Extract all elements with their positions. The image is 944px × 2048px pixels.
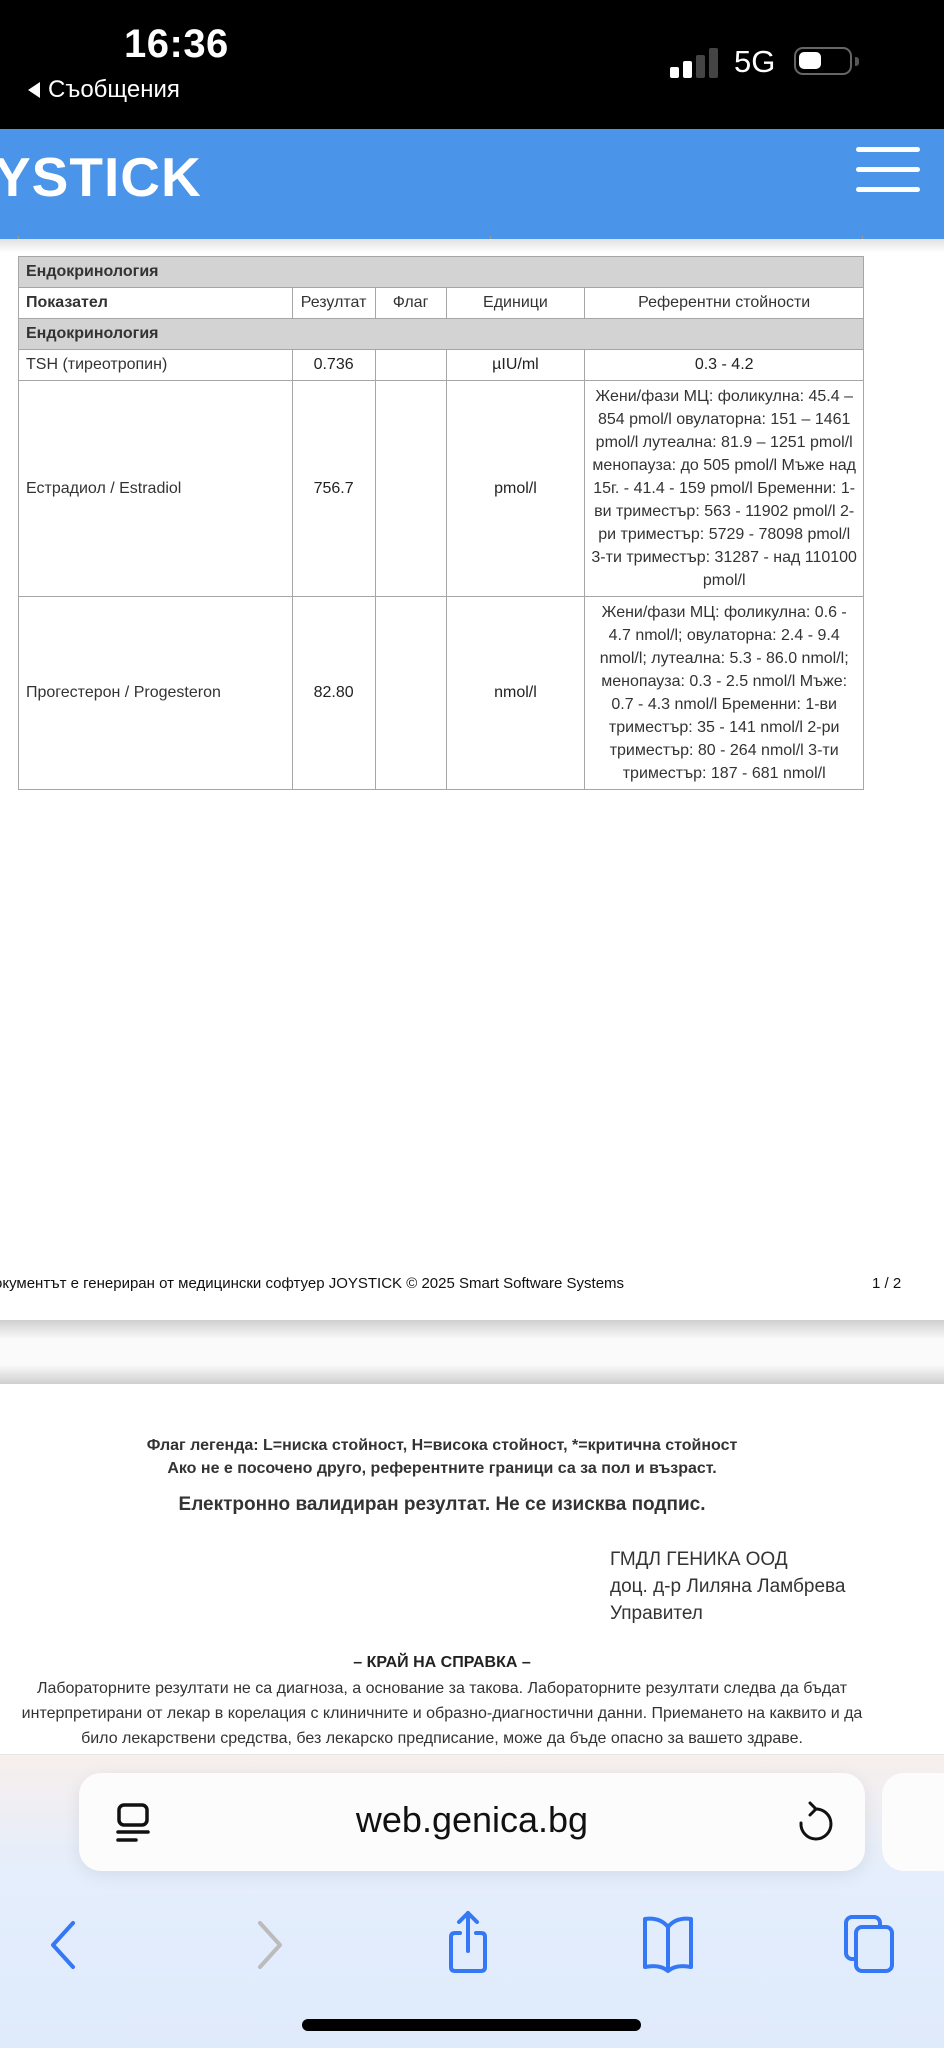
lab-name: ГМДЛ ГЕНИКА ООД (610, 1546, 846, 1573)
row-flag (375, 381, 446, 597)
forward-icon[interactable] (234, 1907, 304, 1977)
tabs-icon[interactable] (835, 1907, 905, 1977)
signature-block: ГМДЛ ГЕНИКА ООД доц. д-р Лиляна Ламбрева… (610, 1546, 846, 1627)
section-header-row: Ендокринология (19, 257, 864, 288)
row-flag (375, 597, 446, 790)
disclaimer-text: Лабораторните резултати не са диагноза, … (10, 1676, 874, 1751)
row-units: nmol/l (446, 597, 585, 790)
page-break (0, 1320, 944, 1384)
clock: 16:36 (124, 22, 229, 67)
row-name: Естрадиол / Estradiol (19, 381, 293, 597)
row-units: pmol/l (446, 381, 585, 597)
row-units: µIU/ml (446, 350, 585, 381)
table-row: Прогестерон / Progesteron 82.80 nmol/l Ж… (19, 597, 864, 790)
hamburger-icon[interactable] (856, 147, 920, 195)
next-tab-preview[interactable] (882, 1773, 944, 1871)
network-type: 5G (734, 44, 775, 80)
row-reference: Жени/фази МЦ: фоликулна: 45.4 – 854 pmol… (585, 381, 864, 597)
back-icon[interactable] (27, 1907, 97, 1977)
col-indicator: Показател (19, 288, 293, 319)
app-header: YSTICK (0, 129, 944, 239)
row-result: 756.7 (292, 381, 375, 597)
battery-icon (794, 47, 852, 75)
back-triangle-icon (28, 82, 40, 98)
col-units: Единици (446, 288, 585, 319)
row-result: 0.736 (292, 350, 375, 381)
group-title: Ендокринология (19, 319, 864, 350)
back-to-app-link[interactable]: Съобщения (28, 76, 180, 104)
table-row: Естрадиол / Estradiol 756.7 pmol/l Жени/… (19, 381, 864, 597)
back-app-label: Съобщения (48, 76, 180, 104)
row-reference: 0.3 - 4.2 (585, 350, 864, 381)
col-flag: Флаг (375, 288, 446, 319)
bookmarks-icon[interactable] (633, 1907, 703, 1977)
legend-line-1: Флаг легенда: L=ниска стойност, H=висока… (0, 1434, 884, 1457)
section-title: Ендокринология (19, 257, 864, 288)
end-of-report-title: – КРАЙ НА СПРАВКА – (0, 1654, 884, 1672)
group-header-row: Ендокринология (19, 319, 864, 350)
signal-icon (670, 48, 718, 78)
signer-role: Управител (610, 1600, 846, 1627)
status-bar: 16:36 Съобщения 5G (0, 0, 944, 129)
validation-note: Електронно валидиран резултат. Не се изи… (0, 1494, 884, 1516)
flag-legend: Флаг легенда: L=ниска стойност, H=висока… (0, 1434, 884, 1480)
row-result: 82.80 (292, 597, 375, 790)
browser-toolbar: web.genica.bg (0, 1754, 944, 2048)
row-name: TSH (тиреотропин) (19, 350, 293, 381)
reload-icon[interactable] (793, 1801, 833, 1845)
brand-logo[interactable]: YSTICK (0, 145, 202, 209)
page-number: 1 / 2 (872, 1275, 901, 1292)
share-icon[interactable] (433, 1907, 503, 1977)
address-bar[interactable]: web.genica.bg (79, 1773, 865, 1871)
legend-line-2: Ако не е посочено друго, референтните гр… (0, 1457, 884, 1480)
col-result: Резултат (292, 288, 375, 319)
col-reference: Референтни стойности (585, 288, 864, 319)
home-indicator[interactable] (302, 2019, 641, 2031)
header-shadow (0, 239, 944, 253)
row-flag (375, 350, 446, 381)
results-table: Ендокринология Показател Резултат Флаг Е… (18, 256, 864, 790)
generated-by-text: окументът е генериран от медицински софт… (0, 1275, 624, 1292)
row-reference: Жени/фази МЦ: фоликулна: 0.6 - 4.7 nmol/… (585, 597, 864, 790)
url-text[interactable]: web.genica.bg (79, 1799, 865, 1841)
signer-name: доц. д-р Лиляна Ламбрева (610, 1573, 846, 1600)
table-row: TSH (тиреотропин) 0.736 µIU/ml 0.3 - 4.2 (19, 350, 864, 381)
column-header-row: Показател Резултат Флаг Единици Референт… (19, 288, 864, 319)
row-name: Прогестерон / Progesteron (19, 597, 293, 790)
